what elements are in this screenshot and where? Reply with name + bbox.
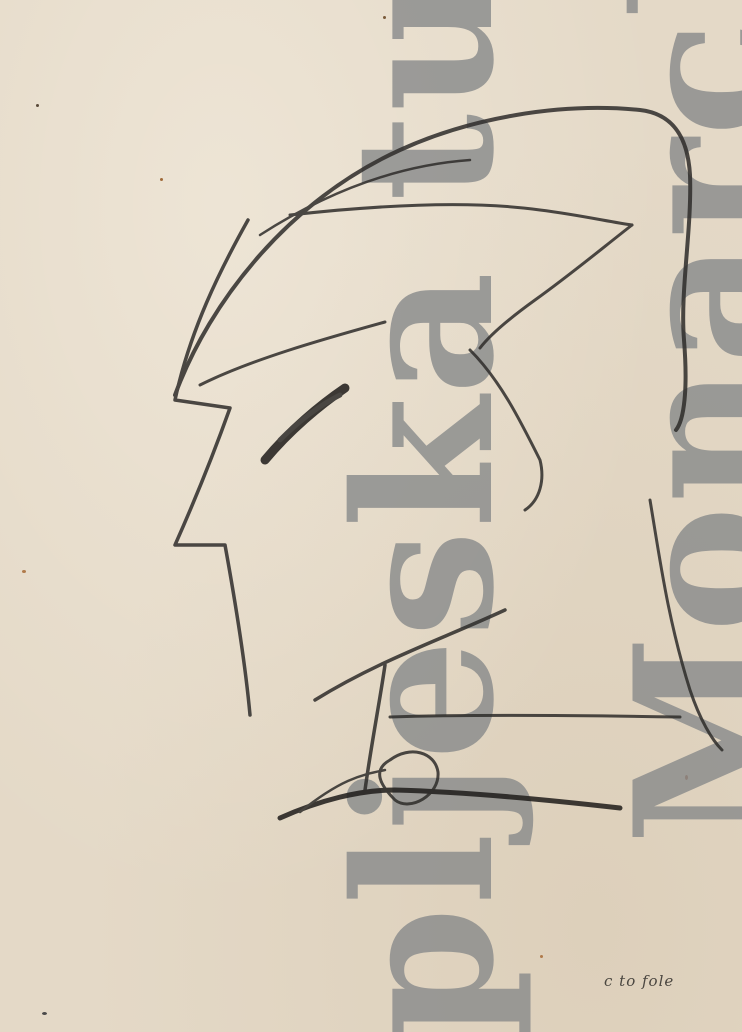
artwork-paper: Monarchija pljeska tung, <box>0 0 742 1032</box>
artist-signature: c to fole <box>604 972 674 990</box>
charcoal-head-sketch <box>0 0 742 1032</box>
